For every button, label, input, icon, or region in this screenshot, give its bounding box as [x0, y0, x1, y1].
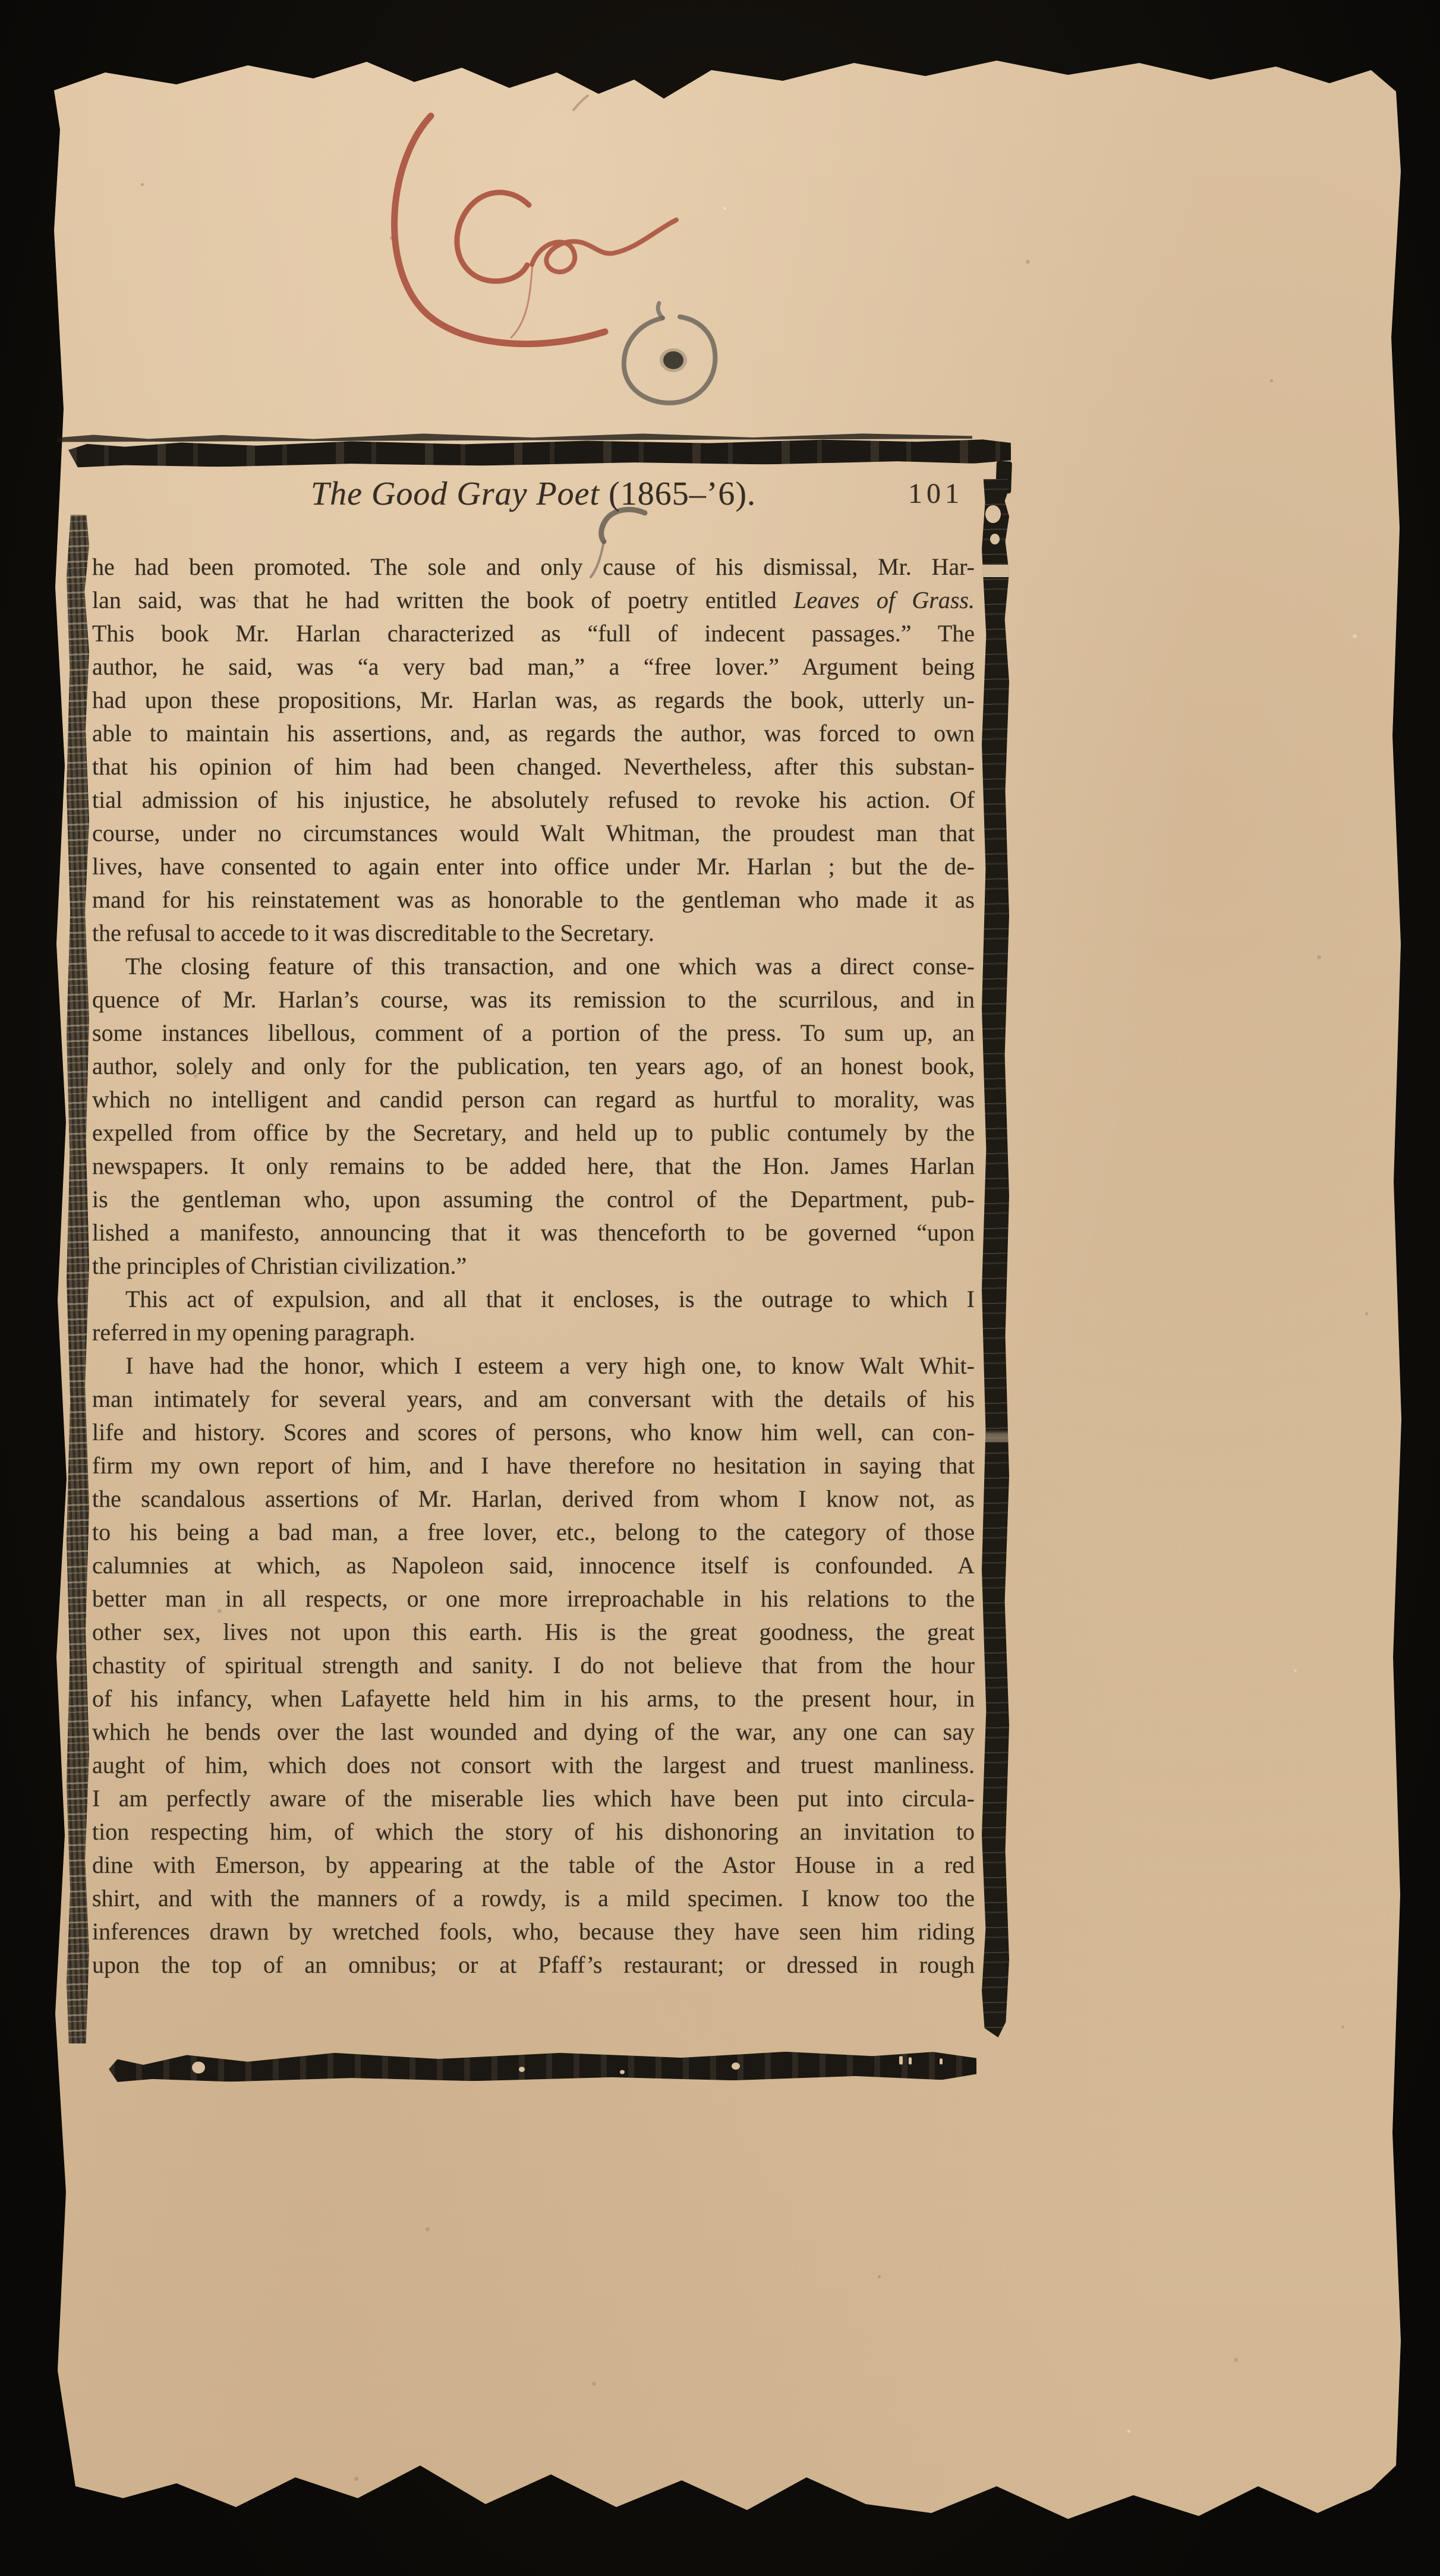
body-line: This book Mr. Harlan characterized as “f… — [92, 617, 975, 650]
body-line: the refusal to accede to it was discredi… — [92, 917, 975, 950]
body-line: some instances libellous, comment of a p… — [92, 1016, 975, 1050]
body-line: mand for his reinstatement was as honora… — [92, 883, 975, 917]
body-line: calumnies at which, as Napoleon said, in… — [92, 1549, 975, 1582]
body-line: better man in all respects, or one more … — [92, 1582, 975, 1615]
body-line: which no intelligent and candid person c… — [92, 1083, 975, 1116]
body-line: had upon these propositions, Mr. Harlan … — [92, 684, 975, 717]
page-title-date: (1865–’6). — [600, 475, 756, 512]
body-line: is the gentleman who, upon assuming the … — [92, 1183, 975, 1216]
body-line: newspapers. It only remains to be added … — [92, 1150, 975, 1183]
body-line: tion respecting him, of which the story … — [92, 1815, 975, 1848]
body-line: firm my own report of him, and I have th… — [92, 1449, 975, 1482]
body-line: that his opinion of him had been changed… — [92, 750, 975, 783]
body-line: course, under no circumstances would Wal… — [92, 817, 975, 850]
body-line: life and history. Scores and scores of p… — [92, 1416, 975, 1449]
body-line: I have had the honor, which I esteem a v… — [92, 1349, 975, 1383]
body-line: which he bends over the last wounded and… — [92, 1715, 975, 1749]
body-line: inferences drawn by wretched fools, who,… — [92, 1915, 975, 1948]
page-header: The Good Gray Poet (1865–’6). 101 — [92, 474, 975, 514]
body-line: I am perfectly aware of the miserable li… — [92, 1782, 975, 1815]
body-line: able to maintain his assertions, and, as… — [92, 717, 975, 750]
body-line: author, he said, was “a very bad man,” a… — [92, 650, 975, 684]
body-line: lives, have consented to again enter int… — [92, 850, 975, 883]
body-line: the principles of Christian civilization… — [92, 1249, 975, 1283]
body-line: author, solely and only for the publicat… — [92, 1050, 975, 1083]
body-line: lan said, was that he had written the bo… — [92, 584, 975, 617]
body-line: chastity of spiritual strength and sanit… — [92, 1649, 975, 1682]
body-line-italic-part: Leaves of Grass. — [793, 587, 975, 613]
page-number: 101 — [908, 474, 963, 514]
body-line: quence of Mr. Harlan’s course, was its r… — [92, 983, 975, 1016]
pencil-circled-dot-mark — [606, 297, 740, 419]
body-line: man intimately for several years, and am… — [92, 1383, 975, 1416]
body-line: he had been promoted. The sole and only … — [92, 550, 975, 584]
body-line: the scandalous assertions of Mr. Harlan,… — [92, 1482, 975, 1516]
body-line: This act of expulsion, and all that it e… — [92, 1283, 975, 1316]
body-line: referred in my opening paragraph. — [92, 1316, 975, 1349]
body-line: aught of him, which does not consort wit… — [92, 1749, 975, 1782]
body-line: to his being a bad man, a free lover, et… — [92, 1516, 975, 1549]
body-line: shirt, and with the manners of a rowdy, … — [92, 1882, 975, 1915]
body-line-part: lan said, was that he had written the bo… — [92, 587, 793, 613]
page-title-main: The Good Gray Poet — [311, 475, 600, 512]
body-line: other sex, lives not upon this earth. Hi… — [92, 1615, 975, 1649]
body-line: upon the top of an omnibus; or at Pfaff’… — [92, 1948, 975, 1982]
border-wear-hole — [990, 534, 1000, 544]
body-line: tial admission of his injustice, he abso… — [92, 783, 975, 817]
border-wear-hole — [985, 505, 1001, 523]
page-title: The Good Gray Poet (1865–’6). — [92, 474, 975, 514]
body-line: expelled from office by the Secretary, a… — [92, 1116, 975, 1150]
body-line: dine with Emerson, by appearing at the t… — [92, 1848, 975, 1882]
paper-fiber-flecks — [141, 183, 144, 186]
right-border-rule — [982, 479, 1009, 2038]
scan-background: The Good Gray Poet (1865–’6). 101 he had… — [0, 0, 1440, 2576]
body-line: The closing feature of this transaction,… — [92, 950, 975, 983]
body-text: he had been promoted. The sole and only … — [92, 550, 975, 1982]
left-border-rule — [67, 515, 89, 2043]
body-line: lished a manifesto, announcing that it w… — [92, 1216, 975, 1249]
body-line: of his infancy, when Lafayette held him … — [92, 1682, 975, 1715]
